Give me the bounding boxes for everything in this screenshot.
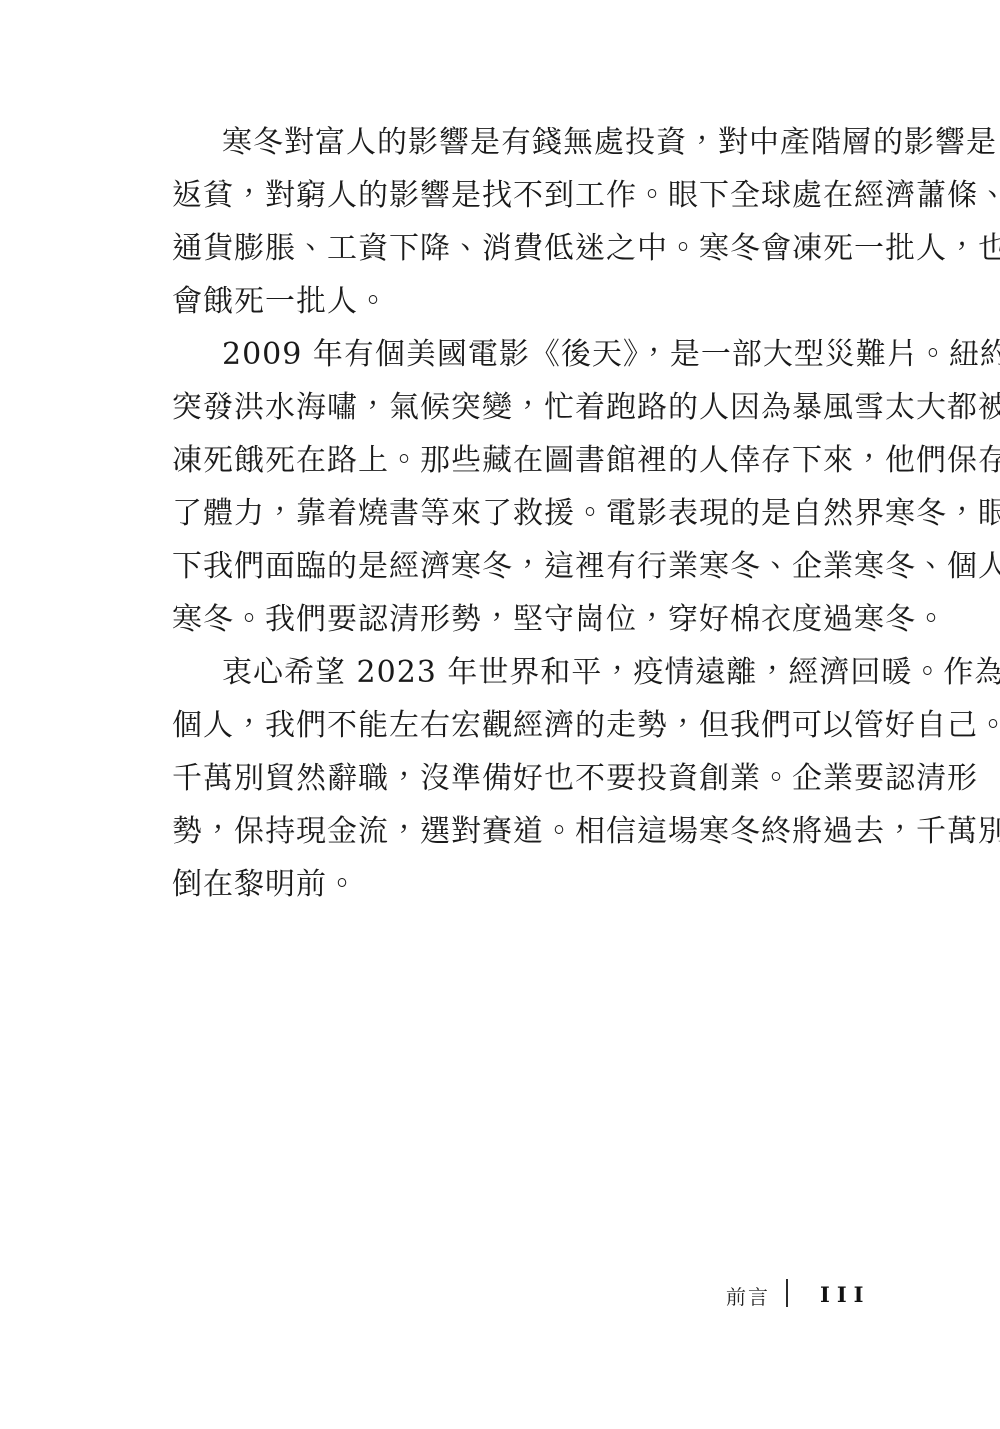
text-line: 突發洪水海嘯，氣候突變，忙着跑路的人因為暴風雪太大都被 <box>172 381 858 434</box>
text-line: 2009 年有個美國電影《後天》，是一部大型災難片。紐約 <box>172 328 858 381</box>
text-line: 返貧，對窮人的影響是找不到工作。眼下全球處在經濟蕭條、 <box>172 169 858 222</box>
page-footer: 前言 III <box>0 1278 1000 1312</box>
text-line: 個人，我們不能左右宏觀經濟的走勢，但我們可以管好自己。 <box>172 699 858 752</box>
text-line: 寒冬對富人的影響是有錢無處投資，對中產階層的影響是 <box>172 116 858 169</box>
text-line: 勢，保持現金流，選對賽道。相信這場寒冬終將過去，千萬別 <box>172 805 858 858</box>
footer-divider <box>786 1279 788 1307</box>
body-text: 寒冬對富人的影響是有錢無處投資，對中產階層的影響是 返貧，對窮人的影響是找不到工… <box>172 116 858 911</box>
text-line: 千萬別貿然辭職，沒準備好也不要投資創業。企業要認清形 <box>172 752 858 805</box>
text-line: 下我們面臨的是經濟寒冬，這裡有行業寒冬、企業寒冬、個人 <box>172 540 858 593</box>
text-line: 凍死餓死在路上。那些藏在圖書館裡的人倖存下來，他們保存 <box>172 434 858 487</box>
text-line: 了體力，靠着燒書等來了救援。電影表現的是自然界寒冬，眼 <box>172 487 858 540</box>
text-line: 衷心希望 2023 年世界和平，疫情遠離，經濟回暖。作為 <box>172 646 858 699</box>
page-number: III <box>820 1282 870 1307</box>
section-label: 前言 <box>726 1281 770 1310</box>
text-line: 會餓死一批人。 <box>172 275 858 328</box>
book-page: 寒冬對富人的影響是有錢無處投資，對中產階層的影響是 返貧，對窮人的影響是找不到工… <box>0 0 1000 1429</box>
text-line: 通貨膨脹、工資下降、消費低迷之中。寒冬會凍死一批人，也 <box>172 222 858 275</box>
text-line: 寒冬。我們要認清形勢，堅守崗位，穿好棉衣度過寒冬。 <box>172 593 858 646</box>
text-line: 倒在黎明前。 <box>172 858 858 911</box>
